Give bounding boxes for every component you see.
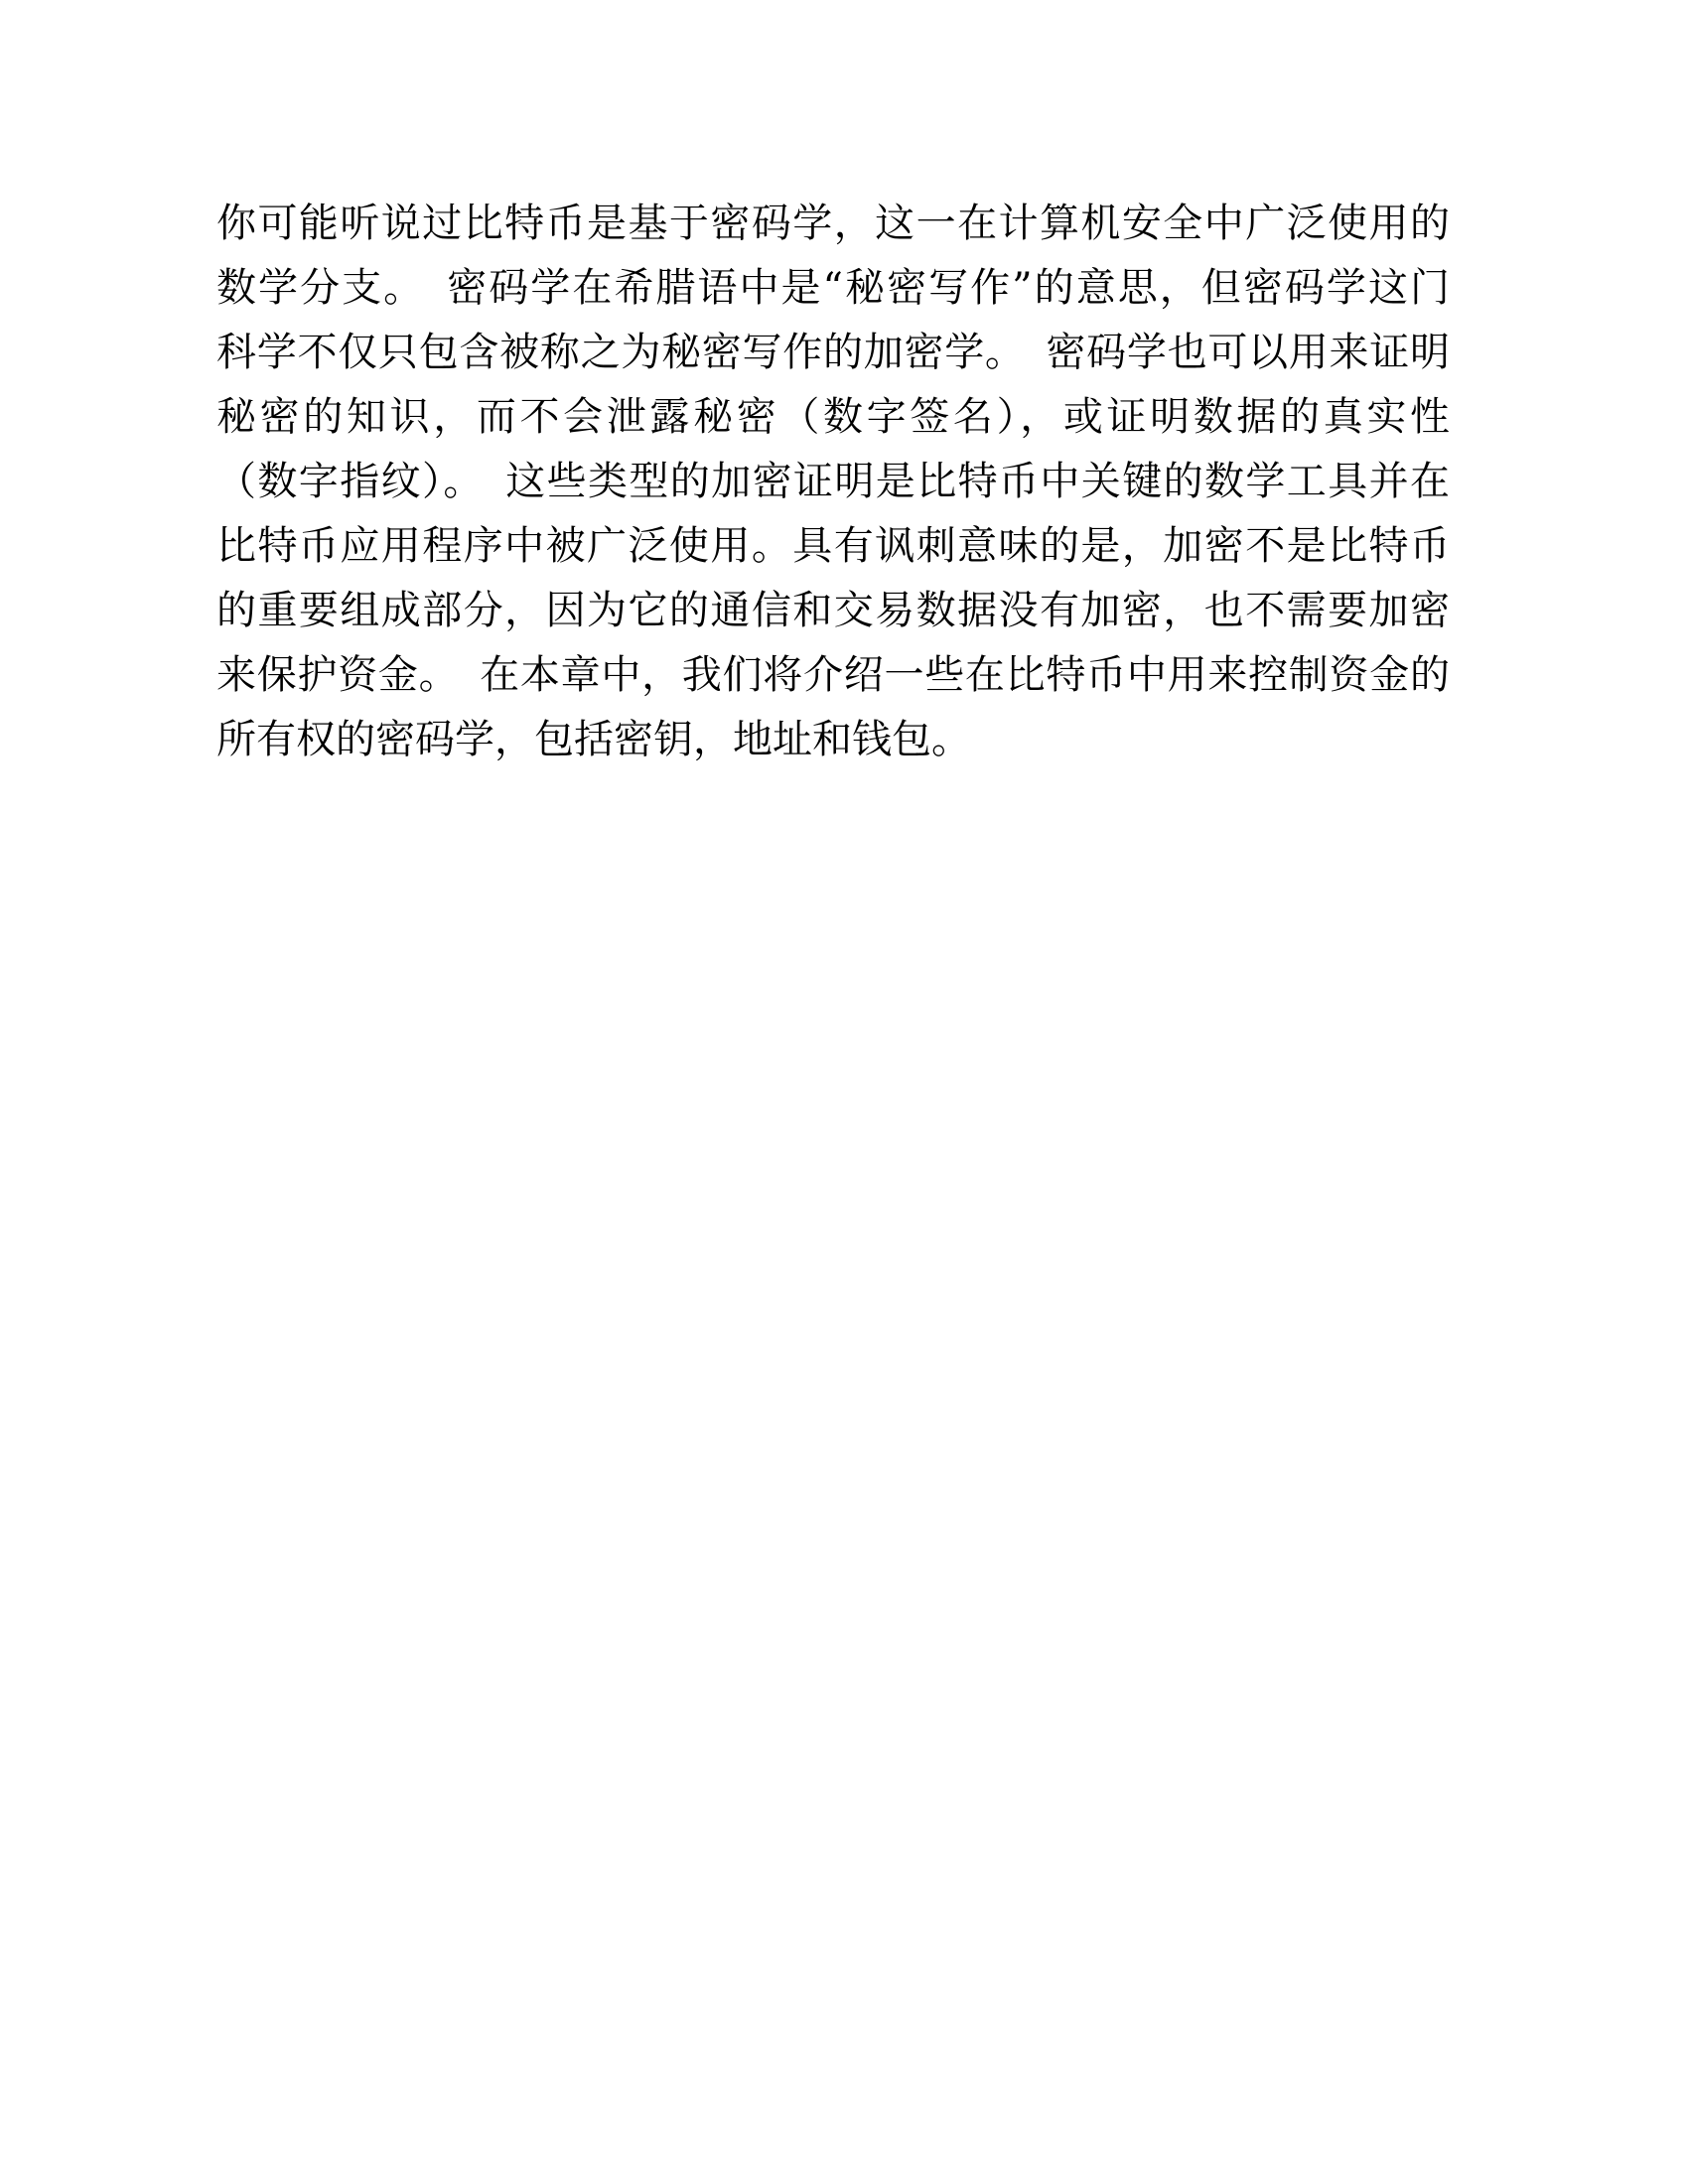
paragraph-line: 来保护资金。 在本章中，我们将介绍一些在比特币中用来控制资金的 [216, 643, 1450, 708]
paragraph-line: 你可能听说过比特币是基于密码学，这一在计算机安全中广泛使用的 [216, 192, 1450, 256]
paragraph-line: 秘密的知识，而不会泄露秘密（数字签名），或证明数据的真实性 [216, 385, 1450, 450]
paragraph-line: 数学分支。 密码学在希腊语中是“秘密写作”的意思，但密码学这门 [216, 256, 1450, 321]
paragraph-line: 科学不仅只包含被称之为秘密写作的加密学。 密码学也可以用来证明 [216, 321, 1450, 385]
paragraph-line: 比特币应用程序中被广泛使用。具有讽刺意味的是，加密不是比特币 [216, 514, 1450, 579]
document-page: 你可能听说过比特币是基于密码学，这一在计算机安全中广泛使用的 数学分支。 密码学… [0, 0, 1688, 2184]
paragraph-line: 的重要组成部分，因为它的通信和交易数据没有加密，也不需要加密 [216, 579, 1450, 643]
paragraph-line: 所有权的密码学，包括密钥，地址和钱包。 [216, 708, 1450, 772]
paragraph: 你可能听说过比特币是基于密码学，这一在计算机安全中广泛使用的 数学分支。 密码学… [216, 192, 1450, 772]
paragraph-line: （数字指纹）。 这些类型的加密证明是比特币中关键的数学工具并在 [216, 450, 1450, 514]
